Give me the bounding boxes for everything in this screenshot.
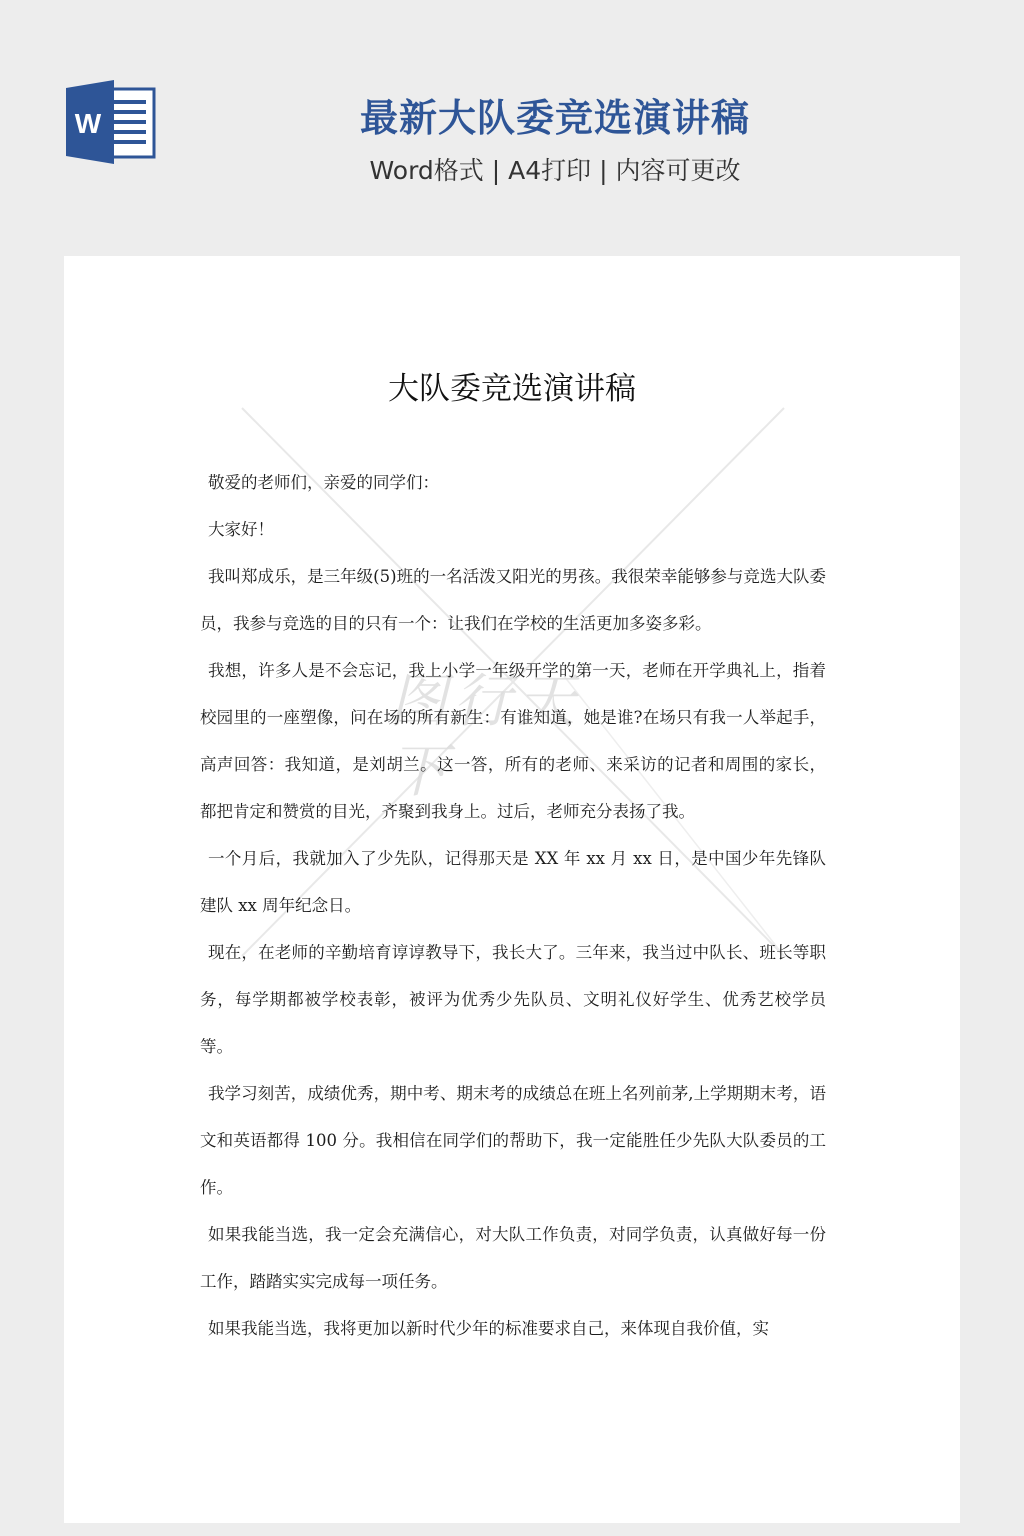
paragraph: 敬爱的老师们，亲爱的同学们：: [200, 459, 826, 506]
paragraph: 我学习刻苦，成绩优秀，期中考、期末考的成绩总在班上名列前茅,上学期期末考，语文和…: [200, 1070, 826, 1211]
paragraph: 一个月后，我就加入了少先队，记得那天是 XX 年 xx 月 xx 日，是中国少年…: [200, 835, 826, 929]
paragraph: 现在，在老师的辛勤培育谆谆教导下，我长大了。三年来，我当过中队长、班长等职务，每…: [200, 929, 826, 1070]
document-body: 敬爱的老师们，亲爱的同学们： 大家好！ 我叫郑成乐，是三年级(5)班的一名活泼又…: [200, 459, 826, 1352]
document-title: 大队委竞选演讲稿: [64, 364, 960, 414]
svg-text:W: W: [75, 108, 102, 139]
document-page: 图行天下 大队委竞选演讲稿 敬爱的老师们，亲爱的同学们： 大家好！ 我叫郑成乐，…: [64, 256, 960, 1523]
paragraph: 我想，许多人是不会忘记，我上小学一年级开学的第一天，老师在开学典礼上，指着校园里…: [200, 647, 826, 835]
paragraph: 如果我能当选，我一定会充满信心，对大队工作负责，对同学负责，认真做好每一份工作，…: [200, 1211, 826, 1305]
paragraph: 如果我能当选，我将更加以新时代少年的标准要求自己，来体现自我价值，实: [200, 1305, 826, 1352]
paragraph: 大家好！: [200, 506, 826, 553]
header-title: 最新大队委竞选演讲稿: [300, 92, 810, 144]
header: W 最新大队委竞选演讲稿 Word格式 | A4打印 | 内容可更改: [0, 0, 1024, 256]
header-subtitle: Word格式 | A4打印 | 内容可更改: [300, 152, 810, 190]
paragraph: 我叫郑成乐，是三年级(5)班的一名活泼又阳光的男孩。我很荣幸能够参与竞选大队委员…: [200, 553, 826, 647]
word-icon: W: [66, 80, 156, 164]
